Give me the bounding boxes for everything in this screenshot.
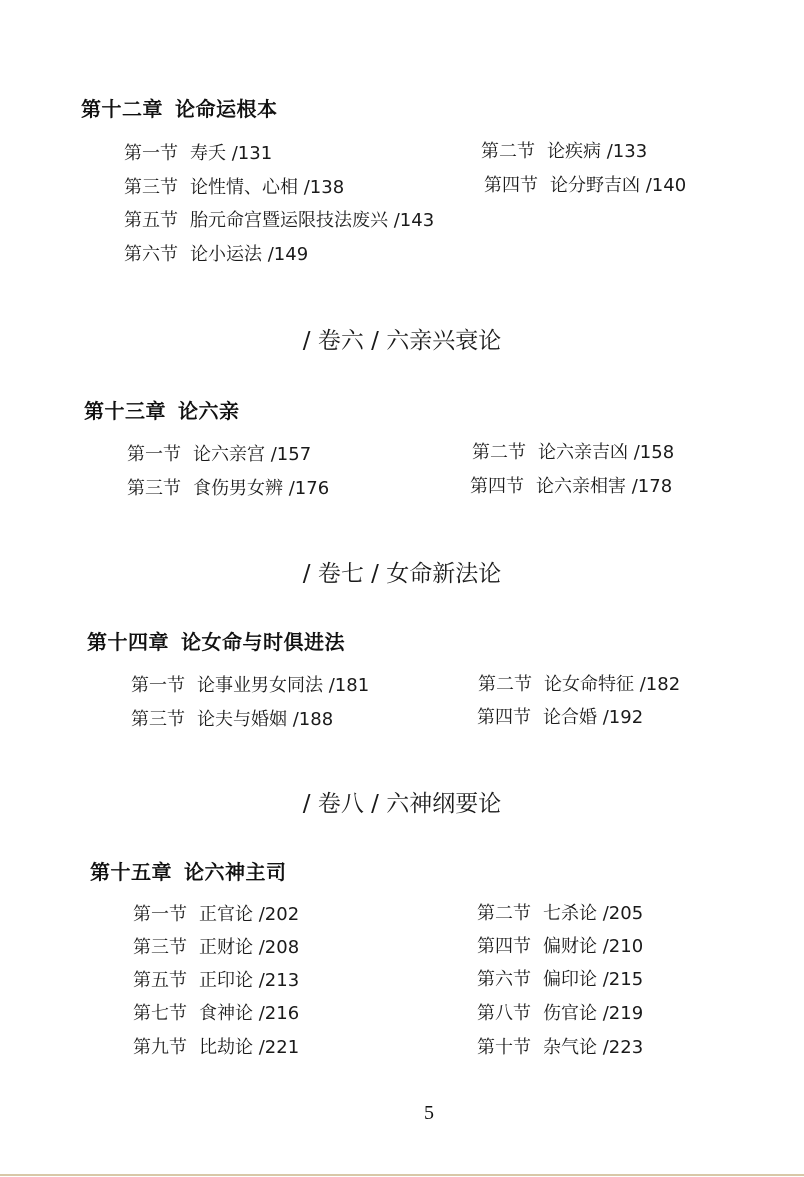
section-title: 比劫论 /221 bbox=[199, 1037, 299, 1058]
toc-entry[interactable]: 第三节论性情、心相 /138 bbox=[124, 173, 344, 199]
section-title: 食神论 /216 bbox=[199, 1003, 299, 1024]
section-number: 第二节 bbox=[472, 442, 526, 463]
chapter-heading: 第十二章论命运根本 bbox=[81, 93, 278, 122]
section-number: 第四节 bbox=[484, 175, 538, 196]
volume-heading: / 卷六 / 六亲兴衰论 bbox=[0, 322, 804, 355]
toc-entry[interactable]: 第六节偏印论 /215 bbox=[477, 965, 643, 991]
section-number: 第一节 bbox=[131, 675, 185, 696]
section-number: 第六节 bbox=[124, 244, 178, 265]
chapter-heading: 第十四章论女命与时俱进法 bbox=[87, 626, 345, 655]
section-title: 论疾病 /133 bbox=[547, 141, 647, 162]
section-number: 第四节 bbox=[477, 707, 531, 728]
section-number: 第一节 bbox=[133, 904, 187, 925]
volume-heading: / 卷七 / 女命新法论 bbox=[0, 555, 804, 588]
chapter-number: 第十三章 bbox=[84, 399, 166, 423]
section-title: 正官论 /202 bbox=[199, 904, 299, 925]
toc-entry[interactable]: 第一节寿夭 /131 bbox=[124, 139, 272, 165]
section-number: 第一节 bbox=[124, 143, 178, 164]
section-number: 第四节 bbox=[477, 936, 531, 957]
section-title: 杂气论 /223 bbox=[543, 1037, 643, 1058]
section-number: 第三节 bbox=[124, 177, 178, 198]
section-title: 论六亲宫 /157 bbox=[193, 444, 311, 465]
section-number: 第三节 bbox=[127, 478, 181, 499]
section-title: 食伤男女辨 /176 bbox=[193, 478, 329, 499]
chapter-number: 第十二章 bbox=[81, 97, 163, 121]
toc-entry[interactable]: 第四节论分野吉凶 /140 bbox=[484, 171, 686, 197]
toc-entry[interactable]: 第二节论女命特征 /182 bbox=[478, 670, 680, 696]
section-title: 论性情、心相 /138 bbox=[190, 177, 344, 198]
section-number: 第六节 bbox=[477, 969, 531, 990]
toc-entry[interactable]: 第九节比劫论 /221 bbox=[133, 1033, 299, 1059]
toc-entry[interactable]: 第二节七杀论 /205 bbox=[477, 899, 643, 925]
section-title: 正财论 /208 bbox=[199, 937, 299, 958]
chapter-heading: 第十三章论六亲 bbox=[84, 395, 240, 424]
toc-entry[interactable]: 第五节正印论 /213 bbox=[133, 966, 299, 992]
section-title: 论六亲相害 /178 bbox=[536, 476, 672, 497]
chapter-title: 论命运根本 bbox=[175, 97, 278, 121]
toc-entry[interactable]: 第十节杂气论 /223 bbox=[477, 1033, 643, 1059]
toc-entry[interactable]: 第一节论六亲宫 /157 bbox=[127, 440, 311, 466]
toc-entry[interactable]: 第三节正财论 /208 bbox=[133, 933, 299, 959]
section-number: 第二节 bbox=[478, 674, 532, 695]
page-number: 5 bbox=[424, 1102, 434, 1125]
chapter-title: 论女命与时俱进法 bbox=[181, 630, 345, 654]
section-title: 论事业男女同法 /181 bbox=[197, 675, 369, 696]
section-title: 论夫与婚姻 /188 bbox=[197, 709, 333, 730]
section-title: 论分野吉凶 /140 bbox=[550, 175, 686, 196]
section-number: 第三节 bbox=[131, 709, 185, 730]
toc-entry[interactable]: 第三节食伤男女辨 /176 bbox=[127, 474, 329, 500]
section-number: 第七节 bbox=[133, 1003, 187, 1024]
toc-entry[interactable]: 第六节论小运法 /149 bbox=[124, 240, 308, 266]
section-title: 论小运法 /149 bbox=[190, 244, 308, 265]
chapter-number: 第十四章 bbox=[87, 630, 169, 654]
section-number: 第一节 bbox=[127, 444, 181, 465]
chapter-heading: 第十五章论六神主司 bbox=[90, 856, 287, 885]
section-title: 正印论 /213 bbox=[199, 970, 299, 991]
section-title: 论女命特征 /182 bbox=[544, 674, 680, 695]
toc-entry[interactable]: 第三节论夫与婚姻 /188 bbox=[131, 705, 333, 731]
toc-entry[interactable]: 第一节论事业男女同法 /181 bbox=[131, 671, 369, 697]
section-title: 伤官论 /219 bbox=[543, 1003, 643, 1024]
toc-entry[interactable]: 第一节正官论 /202 bbox=[133, 900, 299, 926]
volume-heading: / 卷八 / 六神纲要论 bbox=[0, 785, 804, 818]
toc-entry[interactable]: 第八节伤官论 /219 bbox=[477, 999, 643, 1025]
section-title: 偏财论 /210 bbox=[543, 936, 643, 957]
section-number: 第三节 bbox=[133, 937, 187, 958]
section-number: 第五节 bbox=[124, 210, 178, 231]
chapter-title: 论六神主司 bbox=[184, 860, 287, 884]
toc-entry[interactable]: 第四节论六亲相害 /178 bbox=[470, 472, 672, 498]
toc-entry[interactable]: 第五节胎元命宫暨运限技法废兴 /143 bbox=[124, 206, 434, 232]
section-number: 第二节 bbox=[477, 903, 531, 924]
section-title: 胎元命宫暨运限技法废兴 /143 bbox=[190, 210, 434, 231]
section-number: 第八节 bbox=[477, 1003, 531, 1024]
toc-entry[interactable]: 第四节偏财论 /210 bbox=[477, 932, 643, 958]
section-title: 寿夭 /131 bbox=[190, 143, 272, 164]
section-number: 第四节 bbox=[470, 476, 524, 497]
toc-entry[interactable]: 第二节论六亲吉凶 /158 bbox=[472, 438, 674, 464]
toc-entry[interactable]: 第四节论合婚 /192 bbox=[477, 703, 643, 729]
section-number: 第五节 bbox=[133, 970, 187, 991]
section-title: 偏印论 /215 bbox=[543, 969, 643, 990]
section-title: 七杀论 /205 bbox=[543, 903, 643, 924]
section-title: 论合婚 /192 bbox=[543, 707, 643, 728]
page-bottom-edge bbox=[0, 1174, 804, 1176]
section-number: 第二节 bbox=[481, 141, 535, 162]
section-number: 第十节 bbox=[477, 1037, 531, 1058]
toc-entry[interactable]: 第七节食神论 /216 bbox=[133, 999, 299, 1025]
chapter-title: 论六亲 bbox=[178, 399, 240, 423]
section-title: 论六亲吉凶 /158 bbox=[538, 442, 674, 463]
chapter-number: 第十五章 bbox=[90, 860, 172, 884]
toc-entry[interactable]: 第二节论疾病 /133 bbox=[481, 137, 647, 163]
section-number: 第九节 bbox=[133, 1037, 187, 1058]
